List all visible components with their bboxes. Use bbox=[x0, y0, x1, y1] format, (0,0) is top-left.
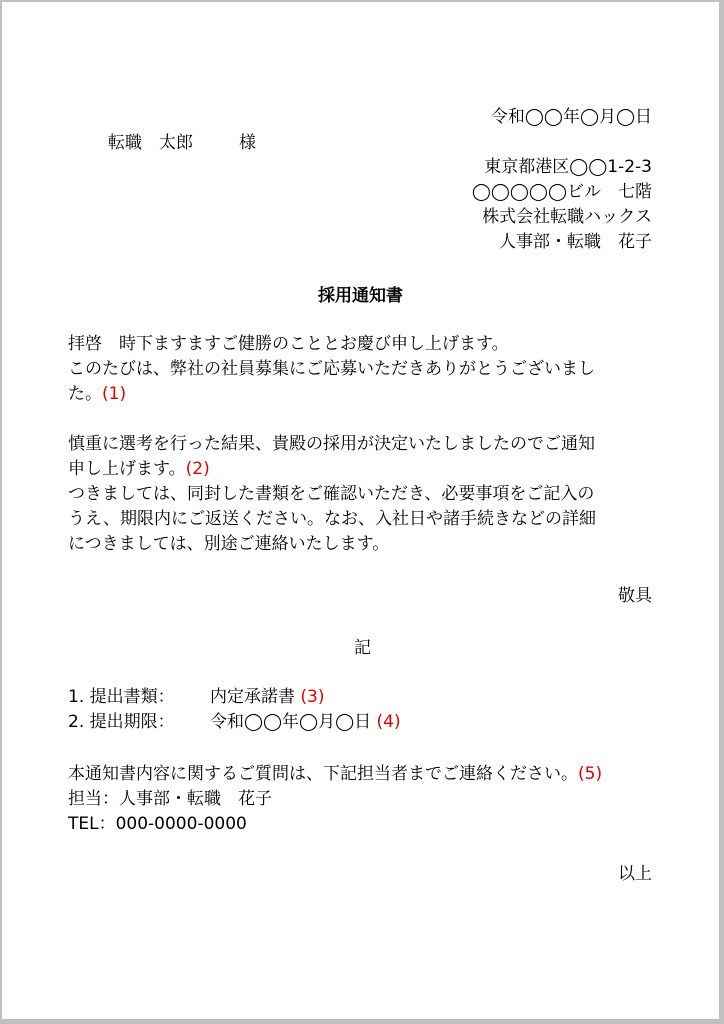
sender-address: 東京都港区◯◯1-2-3 bbox=[484, 155, 652, 179]
annotation-5: (5) bbox=[578, 764, 602, 784]
body-p2-line2: 申し上げます。(2) bbox=[68, 457, 210, 481]
inquiry-line: 本通知書内容に関するご質問は、下記担当者までご連絡ください。(5) bbox=[68, 762, 602, 786]
contact-tel: TEL：000-0000-0000 bbox=[68, 812, 247, 836]
inquiry-text: 本通知書内容に関するご質問は、下記担当者までご連絡ください。 bbox=[68, 764, 578, 784]
letter-date: 令和◯◯年◯月◯日 bbox=[491, 105, 652, 129]
letter-page: 令和◯◯年◯月◯日 転職 太郎様 東京都港区◯◯1-2-3 ◯◯◯◯◯ビル 七階… bbox=[0, 0, 724, 1024]
body-p3-line3: につきましては、別途ご連絡いたします。 bbox=[68, 532, 389, 556]
body-p1-line2: このたびは、弊社の社員募集にご応募いただきありがとうございまし bbox=[68, 357, 595, 381]
body-p2-line2-text: 申し上げます。 bbox=[68, 459, 186, 479]
contact-person: 担当：人事部・転職 花子 bbox=[68, 787, 272, 811]
greeting-line: 拝啓 時下ますますご健勝のこととお慶び申し上げます。 bbox=[68, 332, 509, 356]
body-p1-line3: た。(1) bbox=[68, 382, 126, 406]
item-value-2: 令和◯◯年◯月◯日 bbox=[210, 712, 371, 732]
item-row-1: 1. 提出書類：内定承諾書 (3) bbox=[68, 685, 325, 709]
recipient-name: 転職 太郎 bbox=[108, 133, 193, 153]
sender-person: 人事部・転職 花子 bbox=[499, 230, 652, 254]
recipient-honorific: 様 bbox=[239, 133, 256, 153]
recipient-line: 転職 太郎様 bbox=[108, 131, 256, 155]
annotation-3: (3) bbox=[300, 687, 324, 707]
item-label-2: 2. 提出期限： bbox=[68, 710, 210, 734]
document-title: 採用通知書 bbox=[2, 284, 719, 308]
end-ijou: 以上 bbox=[618, 862, 652, 886]
item-row-2: 2. 提出期限：令和◯◯年◯月◯日 (4) bbox=[68, 710, 401, 734]
item-label-1: 1. 提出書類： bbox=[68, 685, 210, 709]
closing-keigu: 敬具 bbox=[618, 584, 652, 608]
sender-company: 株式会社転職ハックス bbox=[482, 205, 652, 229]
annotation-2: (2) bbox=[186, 459, 210, 479]
ki-heading: 記 bbox=[4, 636, 721, 660]
body-p3-line1: つきましては、同封した書類をご確認いただき、必要事項をご記入の bbox=[68, 482, 594, 506]
annotation-1: (1) bbox=[102, 384, 126, 404]
body-p1-line3-text: た。 bbox=[68, 384, 102, 404]
body-p3-line2: うえ、期限内にご返送ください。なお、入社日や諸手続きなどの詳細 bbox=[68, 507, 596, 531]
sender-building: ◯◯◯◯◯ビル 七階 bbox=[472, 180, 652, 204]
body-p2-line1: 慎重に選考を行った結果、貴殿の採用が決定いたしましたのでご通知 bbox=[68, 432, 595, 456]
item-value-1: 内定承諾書 bbox=[210, 687, 295, 707]
annotation-4: (4) bbox=[377, 712, 401, 732]
